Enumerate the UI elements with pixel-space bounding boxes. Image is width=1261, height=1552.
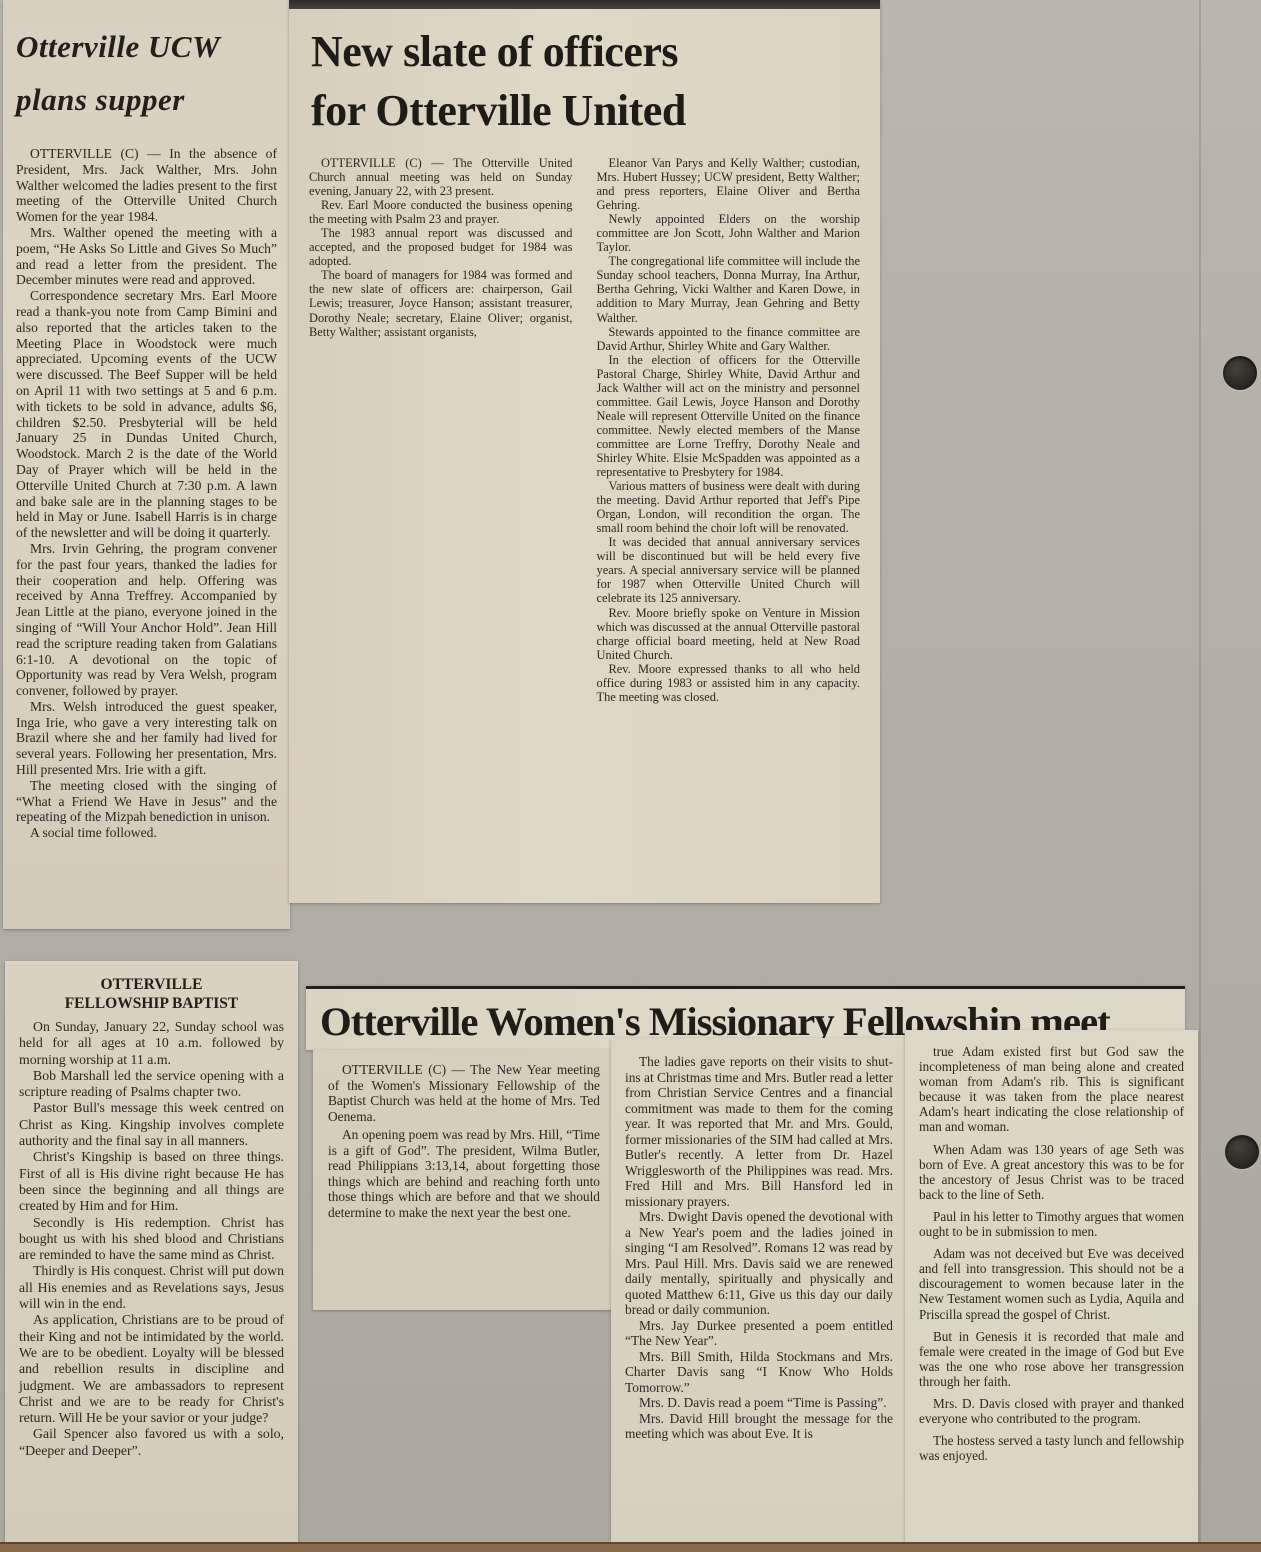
clipping-torn-edge [289,0,880,9]
headline-line: FELLOWSHIP BAPTIST [19,994,284,1013]
paragraph: Mrs. D. Davis read a poem “Time is Passi… [625,1395,893,1411]
headline-fellowship-baptist: OTTERVILLE FELLOWSHIP BAPTIST [19,975,284,1013]
clipping-ucw-supper: Otterville UCW plans supper OTTERVILLE (… [3,0,290,929]
paragraph: Mrs. Bill Smith, Hilda Stockmans and Mrs… [625,1349,893,1396]
paragraph: Gail Spencer also favored us with a solo… [19,1426,284,1459]
headline-line: OTTERVILLE [19,975,284,994]
paragraph: Paul in his letter to Timothy argues tha… [919,1209,1184,1239]
paragraph: Correspondence secretary Mrs. Earl Moore… [16,288,277,541]
article-column-1: OTTERVILLE (C) — The Otterville United C… [309,156,573,704]
headline-new-slate: New slate of officers for Otterville Uni… [311,22,860,140]
paragraph: OTTERVILLE (C) — The Otterville United C… [309,156,573,198]
paragraph: Newly appointed Elders on the worship co… [597,212,861,254]
clipping-missionary-col2: The ladies gave reports on their visits … [611,1038,907,1548]
paragraph: Mrs. David Hill brought the message for … [625,1411,893,1442]
paragraph: Eleanor Van Parys and Kelly Walther; cus… [597,156,861,212]
article-column-2: Eleanor Van Parys and Kelly Walther; cus… [597,156,861,704]
paragraph: The congregational life committee will i… [597,254,861,324]
paragraph: Rev. Moore expressed thanks to all who h… [597,662,861,704]
paragraph: Mrs. Dwight Davis opened the devotional … [625,1209,893,1318]
paragraph: Bob Marshall led the service opening wit… [19,1068,284,1101]
clipping-missionary-col1: OTTERVILLE (C) — The New Year meeting of… [313,1050,615,1310]
paragraph: The board of managers for 1984 was forme… [309,268,573,338]
page-edge-crease [1199,0,1201,1544]
paragraph: Various matters of business were dealt w… [597,479,861,535]
paragraph: On Sunday, January 22, Sunday school was… [19,1019,284,1068]
paragraph: The hostess served a tasty lunch and fel… [919,1433,1184,1463]
paragraph: Christ's Kingship is based on three thin… [19,1149,284,1214]
headline-ucw-supper: Otterville UCW plans supper [16,20,277,126]
article-body: OTTERVILLE (C) — In the absence of Presi… [16,146,277,841]
paragraph: Mrs. Welsh introduced the guest speaker,… [16,699,277,778]
paragraph: A social time followed. [16,825,277,841]
paragraph: Mrs. D. Davis closed with prayer and tha… [919,1396,1184,1426]
paragraph: In the election of officers for the Otte… [597,353,861,479]
paragraph: Rev. Moore briefly spoke on Venture in M… [597,606,861,662]
table-edge [0,1542,1261,1552]
headline-line: for Otterville United [311,81,860,140]
paragraph: Mrs. Irvin Gehring, the program convener… [16,541,277,699]
paragraph: The meeting closed with the singing of “… [16,778,277,825]
headline-line: Otterville UCW [16,20,277,73]
hole-punch-icon [1223,356,1257,390]
paragraph: Mrs. Walther opened the meeting with a p… [16,225,277,288]
paragraph: An opening poem was read by Mrs. Hill, “… [328,1127,600,1220]
headline-line: plans supper [16,73,277,126]
article-body: On Sunday, January 22, Sunday school was… [19,1019,284,1459]
paragraph: OTTERVILLE (C) — In the absence of Presi… [16,146,277,225]
paragraph: Secondly is His redemption. Christ has b… [19,1215,284,1264]
hole-punch-icon [1225,1135,1259,1169]
paragraph: When Adam was 130 years of age Seth was … [919,1142,1184,1202]
paragraph: Pastor Bull's message this week centred … [19,1100,284,1149]
paragraph: OTTERVILLE (C) — The New Year meeting of… [328,1062,600,1124]
clipping-missionary-col3: true Adam existed first but God saw the … [905,1030,1198,1547]
paragraph: Adam was not deceived but Eve was deceiv… [919,1246,1184,1321]
paragraph: It was decided that annual anniversary s… [597,535,861,605]
clipping-new-slate: New slate of officers for Otterville Uni… [289,0,880,903]
headline-line: New slate of officers [311,22,860,81]
paragraph: true Adam existed first but God saw the … [919,1044,1184,1135]
paragraph: As application, Christians are to be pro… [19,1312,284,1426]
paragraph: Rev. Earl Moore conducted the business o… [309,198,573,226]
paragraph: Mrs. Jay Durkee presented a poem entitle… [625,1318,893,1349]
paragraph: Thirdly is His conquest. Christ will put… [19,1263,284,1312]
paragraph: The ladies gave reports on their visits … [625,1054,893,1209]
clipping-fellowship-baptist: OTTERVILLE FELLOWSHIP BAPTIST On Sunday,… [5,961,298,1548]
article-columns: OTTERVILLE (C) — The Otterville United C… [309,156,860,704]
paragraph: Stewards appointed to the finance commit… [597,325,861,353]
paragraph: But in Genesis it is recorded that male … [919,1329,1184,1389]
paragraph: The 1983 annual report was discussed and… [309,226,573,268]
